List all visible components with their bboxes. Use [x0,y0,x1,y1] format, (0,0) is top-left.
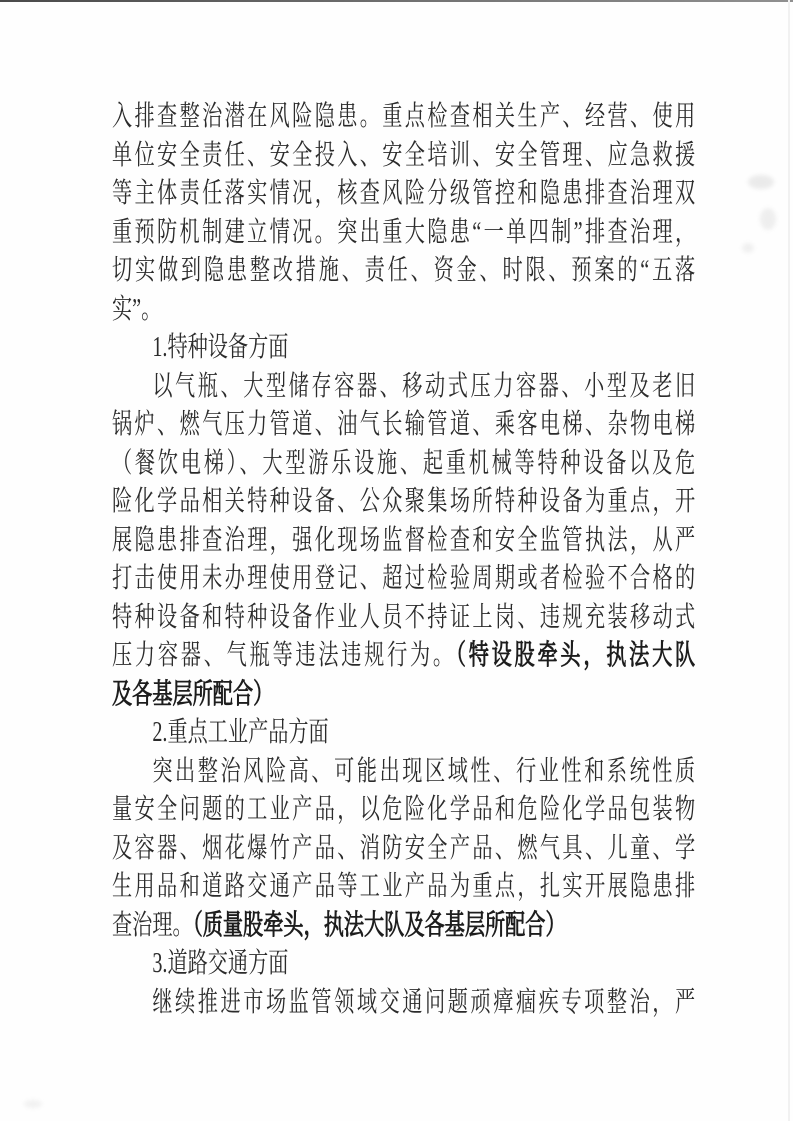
text-line: 压力容器、气瓶等违法违规行为。（特设股牵头，执法大队 [112,637,695,676]
scan-smudge [742,243,754,253]
text-line: （餐饮电梯）、大型游乐设施、起重机械等特种设备以及危 [112,445,695,484]
text-segment: 量安全问题的工业产品，以危险化学品和危险化学品包装物 [112,794,695,825]
text-line: 继续推进市场监管领域交通问题顽瘴痼疾专项整治，严 [112,984,695,1023]
text-segment: 查治理。 [112,910,193,941]
text-line: 特种设备和特种设备作业人员不持证上岗、违规充装移动式 [112,599,695,638]
text-line: 量安全问题的工业产品，以危险化学品和危险化学品包装物 [112,791,695,830]
text-segment: 切实做到隐患整改措施、责任、资金、时限、预案的“五落 [112,255,695,286]
scan-smudge [760,208,776,230]
text-segment: 打击使用未办理使用登记、超过检验周期或者检验不合格的 [112,563,695,594]
text-line: 生用品和道路交通产品等工业产品为重点，扎实开展隐患排 [112,868,695,907]
text-segment: 突出整治风险高、可能出现区域性、行业性和系统性质 [152,756,695,787]
bold-text-segment: （质量股牵头，执法大队及各基层所配合） [193,910,566,941]
text-line: 3.道路交通方面 [112,945,695,984]
text-segment: 以气瓶、大型储存容器、移动式压力容器、小型及老旧 [152,371,695,402]
scan-right-streak-artifact [788,0,790,1121]
text-segment: 压力容器、气瓶等违法违规行为。 [112,640,456,671]
text-segment: 实”。 [112,294,161,325]
text-segment: 2.重点工业产品方面 [152,717,328,748]
document-body: 入排查整治潜在风险隐患。重点检查相关生产、经营、使用单位安全责任、安全投入、安全… [112,98,695,1022]
text-segment: 重预防机制建立情况。突出重大隐患“一单四制”排查治理， [112,217,695,248]
text-segment: 继续推进市场监管领域交通问题顽瘴痼疾专项整治，严 [152,987,695,1018]
text-segment: 单位安全责任、安全投入、安全培训、安全管理、应急救援 [112,140,695,171]
scanned-document-page: 入排查整治潜在风险隐患。重点检查相关生产、经营、使用单位安全责任、安全投入、安全… [0,0,793,1121]
text-line: 及各基层所配合） [112,676,695,715]
text-line: 等主体责任落实情况，核查风险分级管控和隐患排查治理双 [112,175,695,214]
text-segment: 入排查整治潜在风险隐患。重点检查相关生产、经营、使用 [112,101,695,132]
text-line: 1.特种设备方面 [112,329,695,368]
text-line: 以气瓶、大型储存容器、移动式压力容器、小型及老旧 [112,368,695,407]
text-line: 单位安全责任、安全投入、安全培训、安全管理、应急救援 [112,137,695,176]
text-line: 展隐患排查治理，强化现场监督检查和安全监管执法，从严 [112,522,695,561]
text-segment: 险化学品相关特种设备、公众聚集场所特种设备为重点，开 [112,486,695,517]
scan-top-edge-artifact [0,0,793,2]
text-segment: 特种设备和特种设备作业人员不持证上岗、违规充装移动式 [112,602,695,633]
text-line: 2.重点工业产品方面 [112,714,695,753]
text-segment: 3.道路交通方面 [152,948,288,979]
scan-smudge [748,175,774,189]
text-line: 实”。 [112,291,695,330]
text-segment: 展隐患排查治理，强化现场监督检查和安全监管执法，从严 [112,525,695,556]
text-line: 锅炉、燃气压力管道、油气长输管道、乘客电梯、杂物电梯 [112,406,695,445]
bold-text-segment: 及各基层所配合） [112,679,273,710]
text-line: 查治理。（质量股牵头，执法大队及各基层所配合） [112,907,695,946]
scan-smudge [24,1100,42,1108]
text-segment: 锅炉、燃气压力管道、油气长输管道、乘客电梯、杂物电梯 [112,409,695,440]
text-segment: 生用品和道路交通产品等工业产品为重点，扎实开展隐患排 [112,871,695,902]
text-segment: 1.特种设备方面 [152,332,288,363]
text-line: 切实做到隐患整改措施、责任、资金、时限、预案的“五落 [112,252,695,291]
text-line: 入排查整治潜在风险隐患。重点检查相关生产、经营、使用 [112,98,695,137]
text-line: 突出整治风险高、可能出现区域性、行业性和系统性质 [112,753,695,792]
text-line: 及容器、烟花爆竹产品、消防安全产品、燃气具、儿童、学 [112,830,695,869]
bold-text-segment: （特设股牵头，执法大队 [456,640,695,671]
text-line: 重预防机制建立情况。突出重大隐患“一单四制”排查治理， [112,214,695,253]
text-segment: 等主体责任落实情况，核查风险分级管控和隐患排查治理双 [112,178,695,209]
text-line: 打击使用未办理使用登记、超过检验周期或者检验不合格的 [112,560,695,599]
text-segment: 及容器、烟花爆竹产品、消防安全产品、燃气具、儿童、学 [112,833,695,864]
text-line: 险化学品相关特种设备、公众聚集场所特种设备为重点，开 [112,483,695,522]
text-segment: （餐饮电梯）、大型游乐设施、起重机械等特种设备以及危 [112,448,695,479]
